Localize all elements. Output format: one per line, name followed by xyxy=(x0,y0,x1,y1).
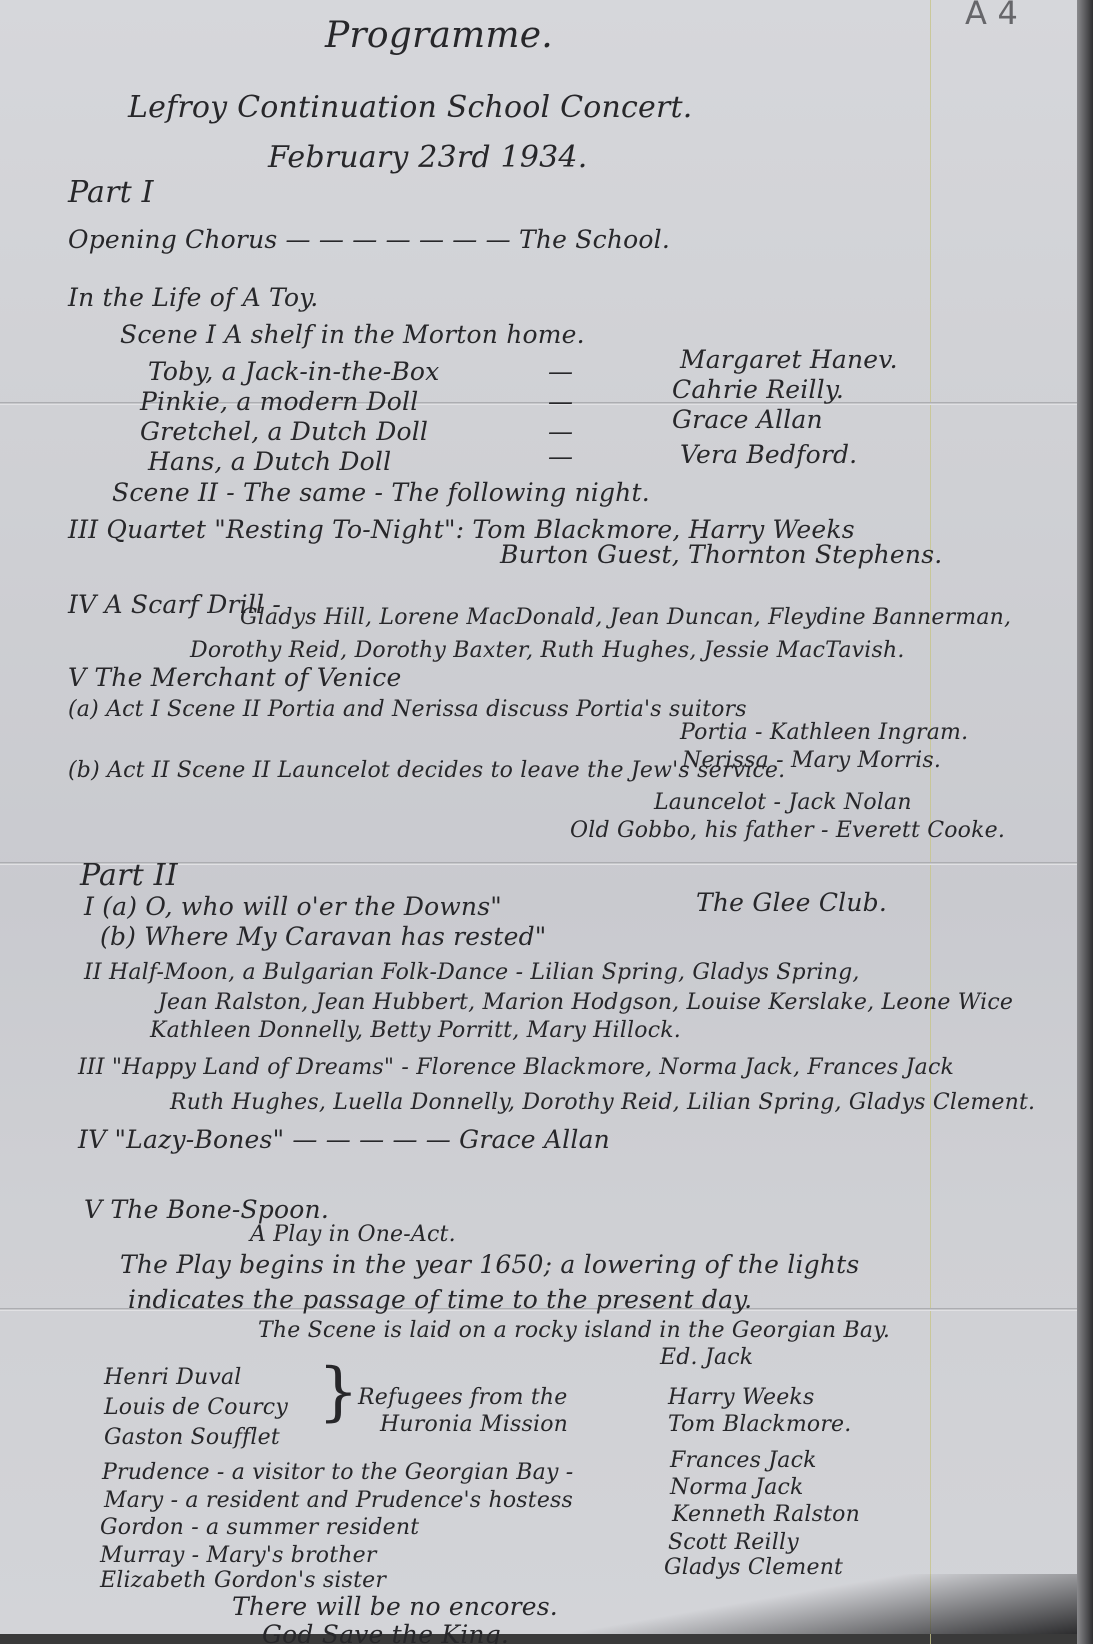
part-2-heading: Part II xyxy=(80,858,178,893)
cast-role: Pinkie, a modern Doll xyxy=(140,387,418,416)
cast-role: Hans, a Dutch Doll xyxy=(148,447,391,476)
play-actor: Scott Reilly xyxy=(668,1530,799,1555)
scene-heading: Scene I A shelf in the Morton home. xyxy=(120,320,585,349)
cast-actor: Margaret Hanev. xyxy=(680,345,898,374)
play-description: The Scene is laid on a rocky island in t… xyxy=(258,1318,890,1343)
play-actor: Harry Weeks xyxy=(668,1385,814,1410)
play-role: Elizabeth Gordon's sister xyxy=(100,1568,386,1593)
merchant-scene-a: (a) Act I Scene II Portia and Nerissa di… xyxy=(68,697,747,722)
handwritten-programme-page: A 4 Programme. Lefroy Continuation Schoo… xyxy=(0,0,1078,1634)
dance-line: Kathleen Donnelly, Betty Porritt, Mary H… xyxy=(150,1018,681,1043)
cast-actor: Cahrie Reilly. xyxy=(672,375,844,404)
scarf-drill-cast: Dorothy Reid, Dorothy Baxter, Ruth Hughe… xyxy=(190,638,905,663)
glee-performer: The Glee Club. xyxy=(696,888,887,917)
page-title: Programme. xyxy=(325,15,553,56)
merchant-cast: Launcelot - Jack Nolan xyxy=(654,790,912,815)
programme-item: Opening Chorus — — — — — — — The School. xyxy=(68,225,670,254)
merchant-scene-b: (b) Act II Scene II Launcelot decides to… xyxy=(68,758,785,783)
corner-mark: A 4 xyxy=(965,0,1018,32)
part-1-heading: Part I xyxy=(68,175,154,210)
dance-line: II Half-Moon, a Bulgarian Folk-Dance - L… xyxy=(84,960,860,985)
scarf-drill-cast: Gladys Hill, Lorene MacDonald, Jean Dunc… xyxy=(240,605,1011,630)
dreams-line: Ruth Hughes, Luella Donnelly, Dorothy Re… xyxy=(170,1090,1035,1115)
cast-dash: — xyxy=(548,357,573,386)
play-title: V The Bone-Spoon. xyxy=(84,1195,329,1224)
glee-song: (b) Where My Caravan has rested" xyxy=(100,922,546,951)
photo-edge xyxy=(1077,0,1093,1644)
play-subtitle: A Play in One-Act. xyxy=(250,1222,456,1247)
cast-dash: — xyxy=(548,387,573,416)
play-description: indicates the passage of time to the pre… xyxy=(128,1285,752,1314)
play-actor: Kenneth Ralston xyxy=(672,1502,860,1527)
refugee-name: Henri Duval xyxy=(104,1365,242,1390)
dance-line: Jean Ralston, Jean Hubbert, Marion Hodgs… xyxy=(158,990,1013,1015)
play-actor: Tom Blackmore. xyxy=(668,1412,851,1437)
refugees-note: Huronia Mission xyxy=(380,1412,568,1437)
glee-song: I (a) O, who will o'er the Downs" xyxy=(84,892,502,921)
cast-dash: — xyxy=(548,442,573,471)
play-actor: Norma Jack xyxy=(670,1475,804,1500)
cast-actor: Vera Bedford. xyxy=(680,440,857,469)
photo-shadow xyxy=(560,1574,1078,1634)
refugee-name: Gaston Soufflet xyxy=(104,1425,280,1450)
play-description: The Play begins in the year 1650; a lowe… xyxy=(120,1250,859,1279)
play-role: Mary - a resident and Prudence's hostess xyxy=(104,1488,573,1513)
scene-heading: Scene II - The same - The following nigh… xyxy=(112,478,650,507)
merchant-cast: Old Gobbo, his father - Everett Cooke. xyxy=(570,818,1005,843)
lazy-bones-line: IV "Lazy-Bones" — — — — — Grace Allan xyxy=(78,1125,610,1154)
play-role: Gordon - a summer resident xyxy=(100,1515,419,1540)
quartet-line: Burton Guest, Thornton Stephens. xyxy=(500,540,942,569)
play-role: Murray - Mary's brother xyxy=(100,1543,377,1568)
cast-actor: Grace Allan xyxy=(672,405,823,434)
merchant-title: V The Merchant of Venice xyxy=(68,663,401,692)
cast-role: Toby, a Jack-in-the-Box xyxy=(148,357,439,386)
play-role: Prudence - a visitor to the Georgian Bay… xyxy=(102,1460,573,1485)
event-date: February 23rd 1934. xyxy=(268,140,587,175)
closing-note: There will be no encores. xyxy=(232,1592,558,1621)
programme-item: In the Life of A Toy. xyxy=(68,283,318,312)
event-name: Lefroy Continuation School Concert. xyxy=(128,90,693,125)
refugees-note: Refugees from the xyxy=(358,1385,568,1410)
play-actor: Ed. Jack xyxy=(660,1345,753,1370)
closing-note: God Save the King. xyxy=(262,1620,509,1644)
merchant-cast: Portia - Kathleen Ingram. xyxy=(680,720,968,745)
play-actor: Frances Jack xyxy=(670,1448,817,1473)
dreams-line: III "Happy Land of Dreams" - Florence Bl… xyxy=(78,1055,954,1080)
refugee-name: Louis de Courcy xyxy=(104,1395,288,1420)
brace: } xyxy=(318,1360,359,1424)
cast-role: Gretchel, a Dutch Doll xyxy=(140,417,428,446)
